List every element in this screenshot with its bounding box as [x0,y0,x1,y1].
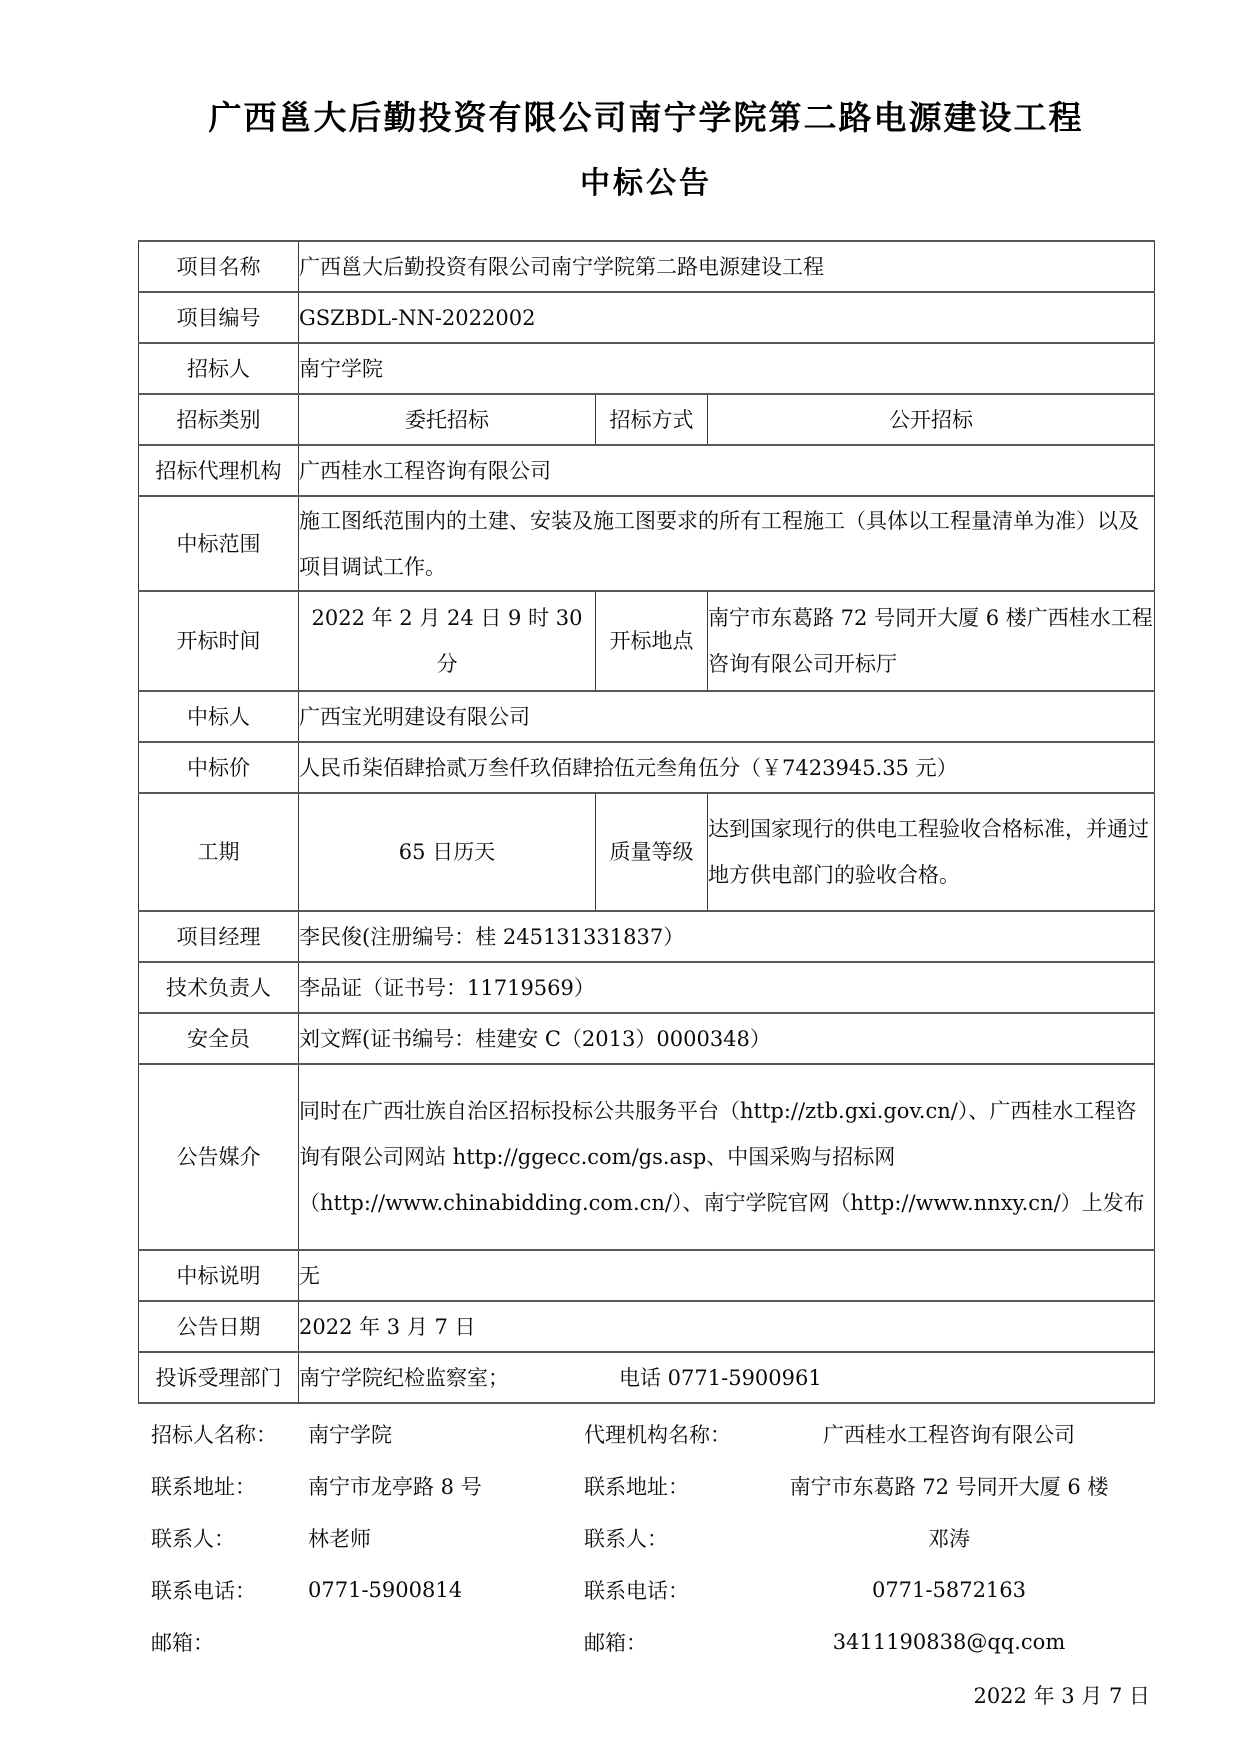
bid-opening-place-label: 开标地点 [596,591,708,691]
contact-value: 南宁市东葛路 72 号同开大厦 6 楼 [744,1471,1154,1501]
technical-director-value: 李品证（证书号：11719569） [299,962,1155,1013]
table-row-award-note: 中标说明 无 [139,1250,1155,1301]
complaint-phone: 电话 0771-5900961 [619,1366,822,1390]
contact-row-person: 联系人： 林老师 联系人： 邓涛 [138,1512,1154,1564]
table-row-tender-category: 招标类别 委托招标 招标方式 公开招标 [139,394,1155,445]
table-row-technical-director: 技术负责人 李品证（证书号：11719569） [139,962,1155,1013]
project-manager-value: 李民俊(注册编号：桂 245131331837） [299,911,1155,962]
contact-value: 南宁市龙亭路 8 号 [308,1471,584,1501]
duration-label: 工期 [139,793,299,911]
award-scope-label: 中标范围 [139,496,299,591]
document-title: 广西邕大后勤投资有限公司南宁学院第二路电源建设工程 [138,98,1154,138]
footer-date: 2022 年 3 月 7 日 [138,1680,1154,1710]
announcement-media-label: 公告媒介 [139,1064,299,1250]
project-number-value: GSZBDL-NN-2022002 [299,292,1155,343]
project-name-label: 项目名称 [139,241,299,292]
quality-grade-label: 质量等级 [596,793,708,911]
project-manager-label: 项目经理 [139,911,299,962]
table-row-duration: 工期 65 日历天 质量等级 达到国家现行的供电工程验收合格标准，并通过地方供电… [139,793,1155,911]
table-row-tenderee: 招标人 南宁学院 [139,343,1155,394]
bid-opening-time-value: 2022 年 2 月 24 日 9 时 30 分 [299,591,596,691]
complaint-department-name: 南宁学院纪检监察室； [299,1366,509,1390]
table-row-agency: 招标代理机构 广西桂水工程咨询有限公司 [139,445,1155,496]
award-scope-value: 施工图纸范围内的土建、安装及施工图要求的所有工程施工（具体以工程量清单为准）以及… [299,496,1155,591]
contact-row-address: 联系地址： 南宁市龙亭路 8 号 联系地址： 南宁市东葛路 72 号同开大厦 6… [138,1460,1154,1512]
contact-value: 林老师 [308,1523,584,1553]
contact-value: 0771-5872163 [744,1578,1154,1602]
winner-label: 中标人 [139,691,299,742]
price-value: 人民币柒佰肆拾贰万叁仟玖佰肆拾伍元叁角伍分（￥7423945.35 元） [299,742,1155,793]
award-note-label: 中标说明 [139,1250,299,1301]
table-row-project-manager: 项目经理 李民俊(注册编号：桂 245131331837） [139,911,1155,962]
bid-opening-time-label: 开标时间 [139,591,299,691]
announcement-date-value: 2022 年 3 月 7 日 [299,1301,1155,1352]
contact-value: 邓涛 [744,1523,1154,1553]
contact-value: 南宁学院 [308,1419,584,1449]
contact-value: 0771-5900814 [308,1578,584,1602]
table-row-complaint-department: 投诉受理部门 南宁学院纪检监察室；电话 0771-5900961 [139,1352,1155,1403]
project-number-label: 项目编号 [139,292,299,343]
contact-row-phone: 联系电话： 0771-5900814 联系电话： 0771-5872163 [138,1564,1154,1616]
duration-value: 65 日历天 [299,793,596,911]
tender-method-label: 招标方式 [596,394,708,445]
table-row-announcement-date: 公告日期 2022 年 3 月 7 日 [139,1301,1155,1352]
contact-row-email: 邮箱： 邮箱： 3411190838@qq.com [138,1616,1154,1668]
complaint-department-value: 南宁学院纪检监察室；电话 0771-5900961 [299,1352,1155,1403]
contact-label: 邮箱： [584,1627,744,1657]
contact-value: 广西桂水工程咨询有限公司 [744,1419,1154,1449]
technical-director-label: 技术负责人 [139,962,299,1013]
table-row-announcement-media: 公告媒介 同时在广西壮族自治区招标投标公共服务平台（http://ztb.gxi… [139,1064,1155,1250]
agency-label: 招标代理机构 [139,445,299,496]
contact-label: 联系人： [151,1523,308,1553]
tenderee-label: 招标人 [139,343,299,394]
complaint-department-label: 投诉受理部门 [139,1352,299,1403]
price-label: 中标价 [139,742,299,793]
award-note-value: 无 [299,1250,1155,1301]
safety-officer-label: 安全员 [139,1013,299,1064]
contact-label: 联系地址： [584,1471,744,1501]
announcement-table: 项目名称 广西邕大后勤投资有限公司南宁学院第二路电源建设工程 项目编号 GSZB… [138,240,1155,1404]
contact-row-name: 招标人名称： 南宁学院 代理机构名称： 广西桂水工程咨询有限公司 [138,1408,1154,1460]
table-row-price: 中标价 人民币柒佰肆拾贰万叁仟玖佰肆拾伍元叁角伍分（￥7423945.35 元） [139,742,1155,793]
table-row-project-number: 项目编号 GSZBDL-NN-2022002 [139,292,1155,343]
quality-grade-value: 达到国家现行的供电工程验收合格标准，并通过地方供电部门的验收合格。 [708,793,1155,911]
document-subtitle: 中标公告 [138,166,1154,202]
contact-label: 联系地址： [151,1471,308,1501]
document-page: 广西邕大后勤投资有限公司南宁学院第二路电源建设工程 中标公告 项目名称 广西邕大… [138,0,1154,1710]
contact-label: 招标人名称： [151,1419,308,1449]
table-row-bid-opening: 开标时间 2022 年 2 月 24 日 9 时 30 分 开标地点 南宁市东葛… [139,591,1155,691]
tender-category-label: 招标类别 [139,394,299,445]
bid-opening-place-value: 南宁市东葛路 72 号同开大厦 6 楼广西桂水工程咨询有限公司开标厅 [708,591,1155,691]
table-row-safety-officer: 安全员 刘文辉(证书编号：桂建安 C（2013）0000348） [139,1013,1155,1064]
table-row-project-name: 项目名称 广西邕大后勤投资有限公司南宁学院第二路电源建设工程 [139,241,1155,292]
agency-value: 广西桂水工程咨询有限公司 [299,445,1155,496]
contact-label: 邮箱： [151,1627,308,1657]
contact-label: 联系人： [584,1523,744,1553]
tender-method-value: 公开招标 [708,394,1155,445]
project-name-value: 广西邕大后勤投资有限公司南宁学院第二路电源建设工程 [299,241,1155,292]
safety-officer-value: 刘文辉(证书编号：桂建安 C（2013）0000348） [299,1013,1155,1064]
announcement-media-value: 同时在广西壮族自治区招标投标公共服务平台（http://ztb.gxi.gov.… [299,1064,1155,1250]
contact-label: 联系电话： [584,1575,744,1605]
tender-category-value: 委托招标 [299,394,596,445]
announcement-date-label: 公告日期 [139,1301,299,1352]
contact-label: 代理机构名称： [584,1419,744,1449]
table-row-winner: 中标人 广西宝光明建设有限公司 [139,691,1155,742]
table-row-award-scope: 中标范围 施工图纸范围内的土建、安装及施工图要求的所有工程施工（具体以工程量清单… [139,496,1155,591]
contact-label: 联系电话： [151,1575,308,1605]
contact-value: 3411190838@qq.com [744,1630,1154,1654]
tenderee-value: 南宁学院 [299,343,1155,394]
winner-value: 广西宝光明建设有限公司 [299,691,1155,742]
contact-section: 招标人名称： 南宁学院 代理机构名称： 广西桂水工程咨询有限公司 联系地址： 南… [138,1408,1154,1668]
